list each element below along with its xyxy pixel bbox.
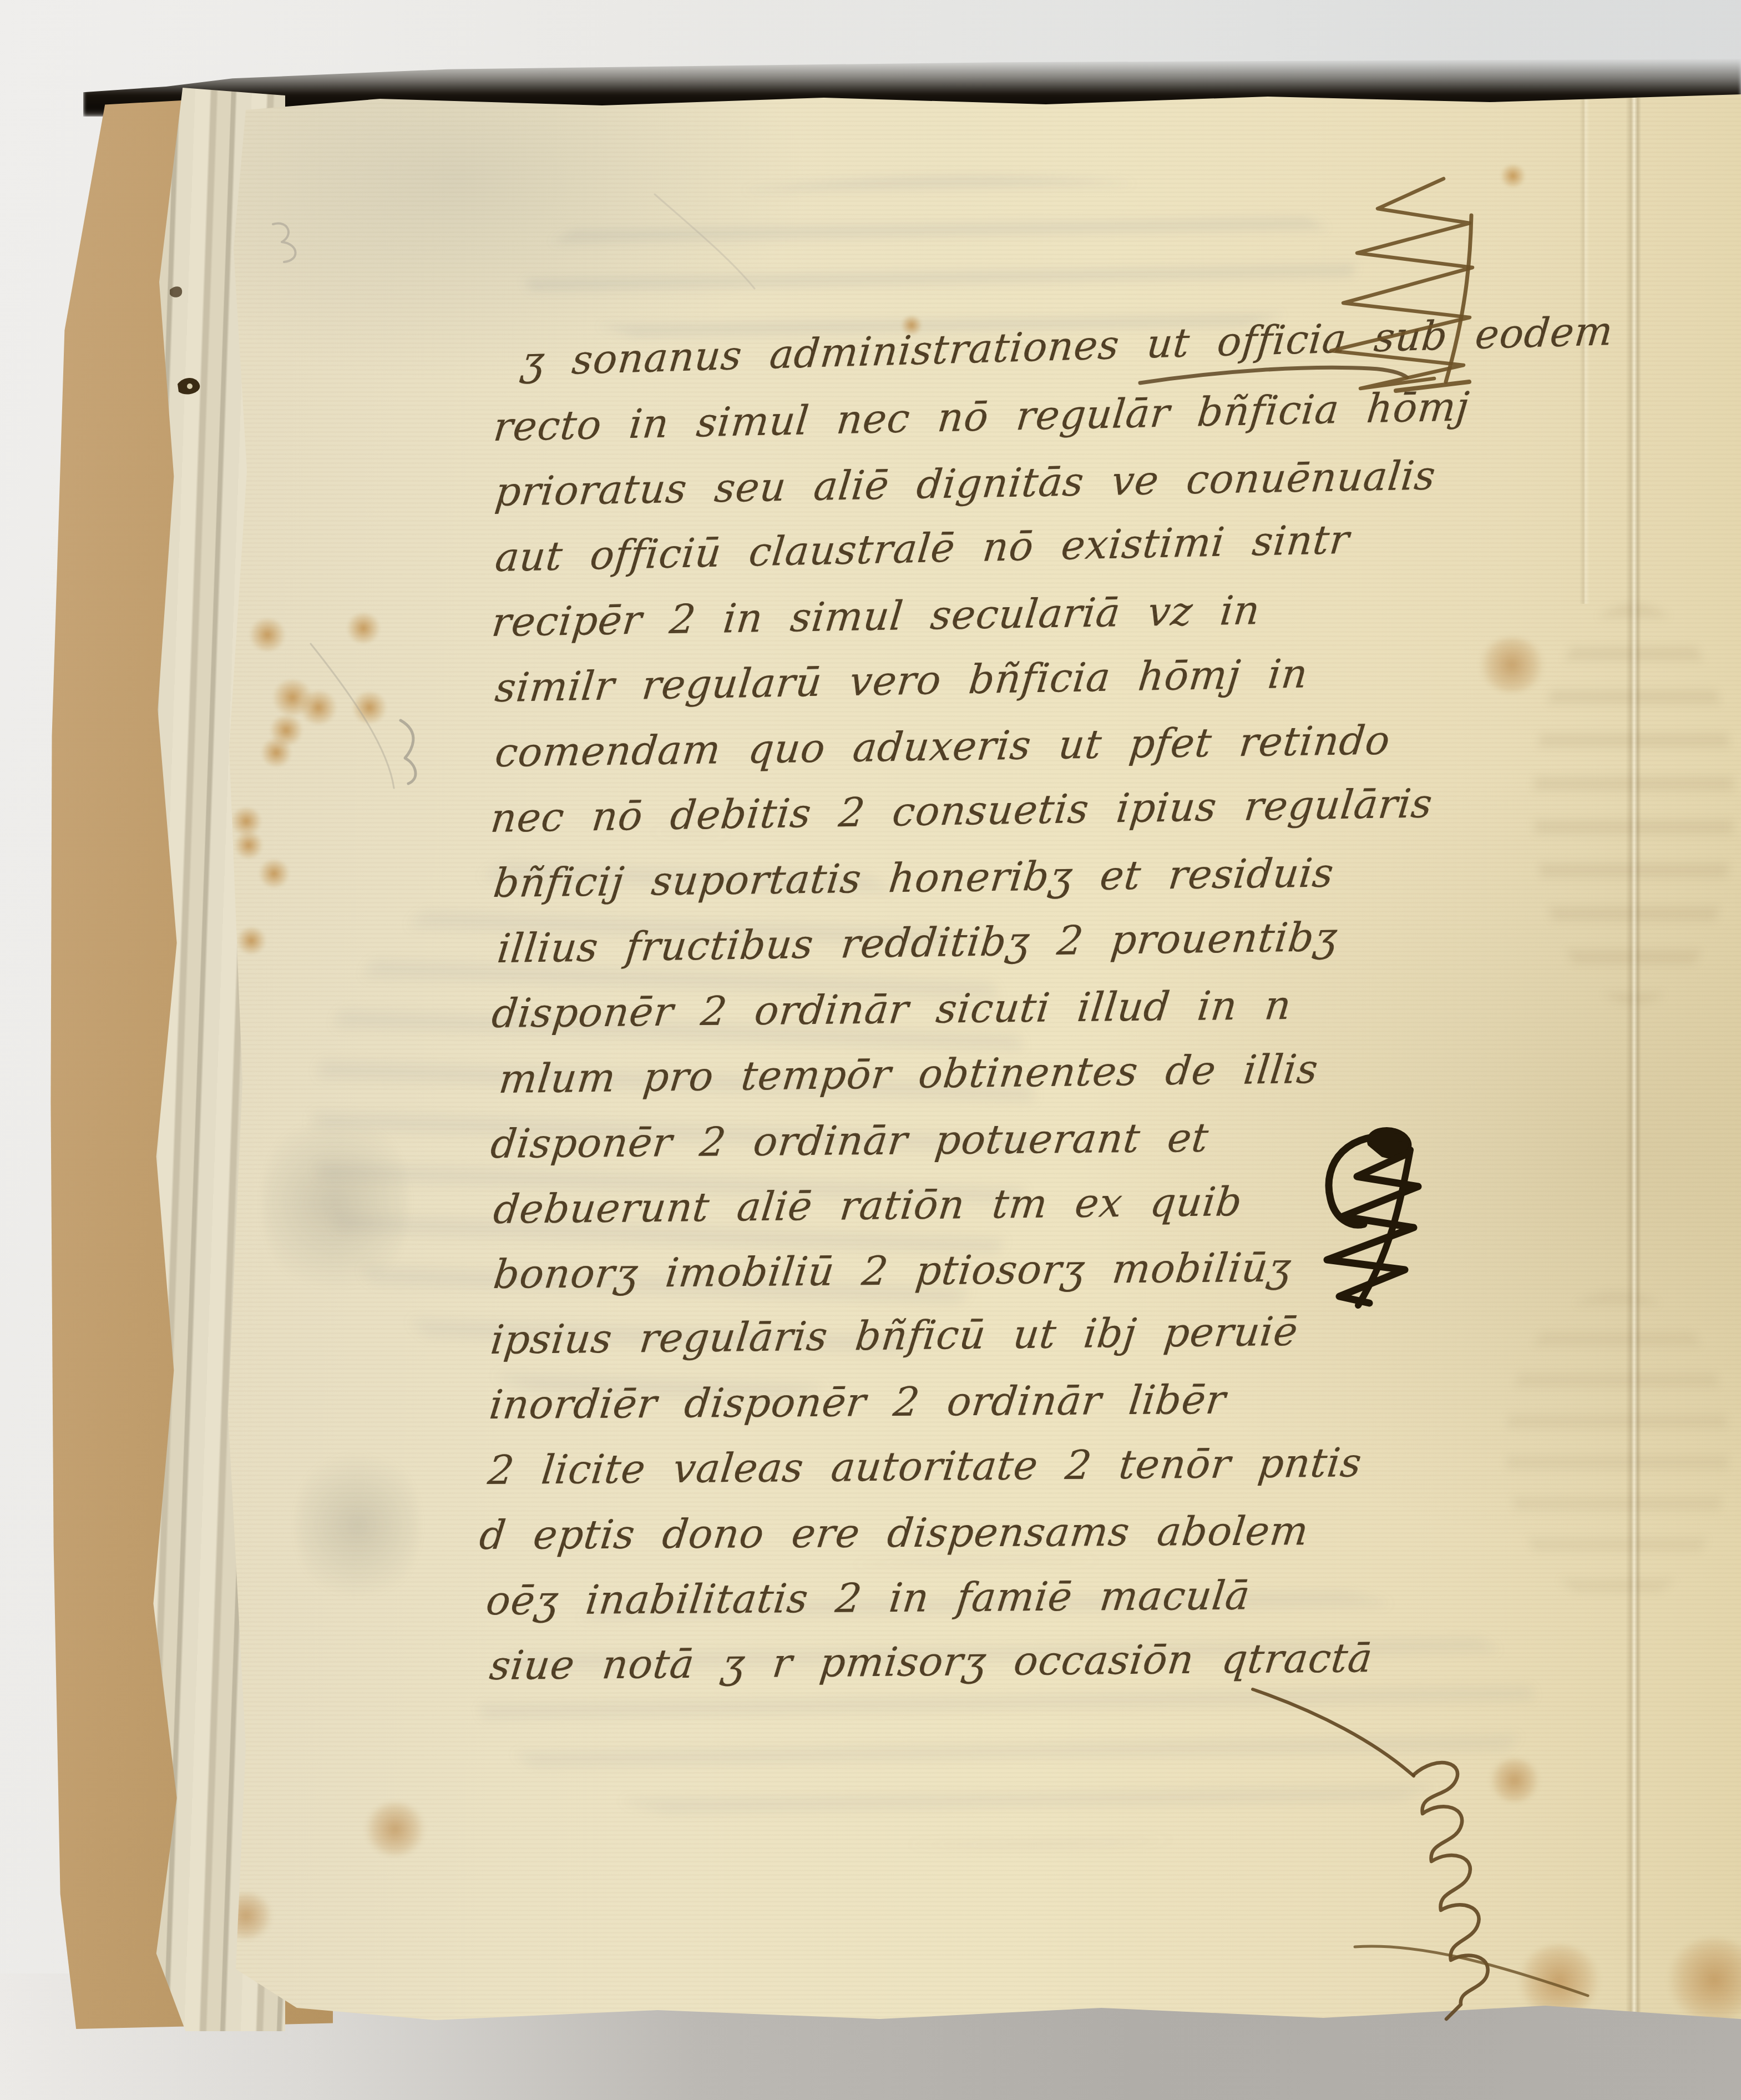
manuscript-text-line: bonorʒ imobiliū 2 ptiosorʒ mobiliūʒ <box>492 1247 1293 1294</box>
stain <box>299 690 338 725</box>
manuscript-text-line: ipsius regulāris bñficū ut ibj peruiē <box>489 1311 1300 1360</box>
manuscript-text-line: 2 licite valeas autoritate 2 tenōr pntis <box>486 1442 1364 1490</box>
stain <box>236 927 267 955</box>
manuscript-text-line: illius fructibus redditibʒ 2 prouentibʒ <box>495 917 1339 968</box>
manuscript-text-line: debuerunt aliē ratiōn tm ex quib <box>492 1182 1244 1229</box>
stain <box>271 679 313 716</box>
stain <box>365 1803 426 1856</box>
show-through-ghost <box>1506 1292 1728 1603</box>
manuscript-text-line: ʒ sonanus administrationes ut officia su… <box>520 311 1615 381</box>
manuscript-text-line: recipēr 2 in simul seculariā vz in <box>490 590 1262 642</box>
manuscript-text-line: prioratus seu aliē dignitās ve conuēnual… <box>493 455 1438 512</box>
stain <box>1517 1945 1601 2017</box>
stain <box>264 1103 408 1303</box>
manuscript-text-line: aut officiū claustralē nō existimi sintr <box>493 519 1351 577</box>
stain <box>1667 1938 1741 2021</box>
manuscript-text-line: nec nō debitis 2 consuetis ipius regulār… <box>489 783 1435 838</box>
stain <box>258 859 290 888</box>
stain <box>260 738 292 767</box>
stain <box>269 715 303 746</box>
stain <box>1500 164 1526 188</box>
stain <box>346 613 381 644</box>
manuscript-page: ʒ sonanus administrationes ut officia su… <box>214 82 1741 2031</box>
manuscript-text-line: inordiēr disponēr 2 ordinār libēr <box>488 1380 1228 1425</box>
scan-of-manuscript-book: ʒ sonanus administrationes ut officia su… <box>0 0 1741 2100</box>
manuscript-text-line: mlum pro tempōr obtinentes de illis <box>497 1049 1320 1099</box>
manuscript-text-line: siue notā ʒ r pmisorʒ occasiōn qtractā <box>488 1638 1375 1685</box>
manuscript-text-line: similr regularū vero bñficia hōmj in <box>493 653 1310 708</box>
stain <box>351 691 388 724</box>
stain <box>1490 1758 1540 1803</box>
stain <box>230 807 262 836</box>
manuscript-text-line: disponēr 2 ordinār potuerant et <box>489 1118 1211 1164</box>
stain <box>297 1442 419 1608</box>
manuscript-text-line: disponēr 2 ordinār sicuti illud in n <box>490 985 1294 1033</box>
manuscript-text-line: bñficij suportatis honeribʒ et residuis <box>492 852 1336 903</box>
stain <box>234 831 264 859</box>
manuscript-text-line: recto in simul nec nō regulār bñficia hō… <box>492 386 1471 447</box>
manuscript-text-line: d eptis dono ere dispensams abolem <box>478 1511 1311 1555</box>
stain <box>1479 637 1545 693</box>
manuscript-text-line: oēʒ inabilitatis 2 in famiē maculā <box>484 1575 1252 1621</box>
fold-crease <box>1626 98 1641 2015</box>
manuscript-text-line: comendam quo aduxeris ut pfet retindo <box>493 720 1393 773</box>
stain <box>248 618 287 652</box>
